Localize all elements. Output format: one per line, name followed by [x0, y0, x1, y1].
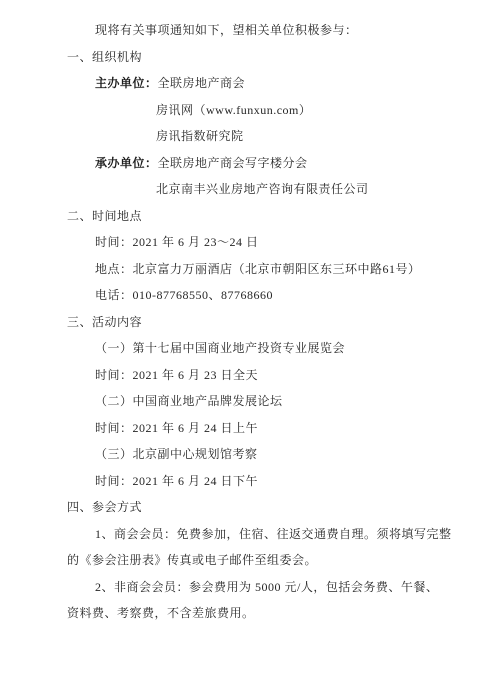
- document-page: 现将有关事项通知如下，望相关单位积极参与： 一、组织机构 主办单位：全联房地产商…: [0, 0, 500, 693]
- activity-3-title: （三）北京副中心规划馆考察: [67, 441, 470, 468]
- activity-3-time: 时间：2021 年 6 月 24 日下午: [67, 468, 470, 495]
- organizer-line: 主办单位：全联房地产商会: [67, 70, 470, 97]
- member-policy-line-2: 的《参会注册表》传真或电子邮件至组委会。: [67, 547, 470, 574]
- section-4-heading: 四、参会方式: [67, 494, 470, 521]
- section-3-heading: 三、活动内容: [67, 309, 470, 336]
- section-1-heading: 一、组织机构: [67, 44, 470, 71]
- organizer-name-2: 房讯网（www.funxun.com）: [67, 97, 470, 124]
- activity-2-time: 时间：2021 年 6 月 24 日上午: [67, 415, 470, 442]
- nonmember-policy-line-2: 资料费、考察费，不含差旅费用。: [67, 600, 470, 627]
- undertaker-name-1: 全联房地产商会写字楼分会: [158, 156, 308, 170]
- event-place-line: 地点：北京富力万丽酒店（北京市朝阳区东三环中路61号）: [67, 256, 470, 283]
- nonmember-policy-line-1: 2、非商会会员：参会费用为 5000 元/人，包括会务费、午餐、: [67, 574, 470, 601]
- organizer-name-1: 全联房地产商会: [158, 76, 246, 90]
- undertaker-label: 承办单位：: [95, 156, 158, 170]
- event-phone-line: 电话：010-87768550、87768660: [67, 282, 470, 309]
- undertaker-name-2: 北京南丰兴业房地产咨询有限责任公司: [67, 176, 470, 203]
- undertaker-line: 承办单位：全联房地产商会写字楼分会: [67, 150, 470, 177]
- organizer-label: 主办单位：: [95, 76, 158, 90]
- member-policy-line-1: 1、商会会员：免费参加，住宿、往返交通费自理。须将填写完整: [67, 521, 470, 548]
- activity-1-time: 时间：2021 年 6 月 23 日全天: [67, 362, 470, 389]
- event-time-line: 时间：2021 年 6 月 23～24 日: [67, 229, 470, 256]
- document-body: 现将有关事项通知如下，望相关单位积极参与： 一、组织机构 主办单位：全联房地产商…: [67, 17, 470, 627]
- section-2-heading: 二、时间地点: [67, 203, 470, 230]
- activity-1-title: （一）第十七届中国商业地产投资专业展览会: [67, 335, 470, 362]
- intro-line: 现将有关事项通知如下，望相关单位积极参与：: [67, 17, 470, 44]
- activity-2-title: （二）中国商业地产品牌发展论坛: [67, 388, 470, 415]
- organizer-name-3: 房讯指数研究院: [67, 123, 470, 150]
